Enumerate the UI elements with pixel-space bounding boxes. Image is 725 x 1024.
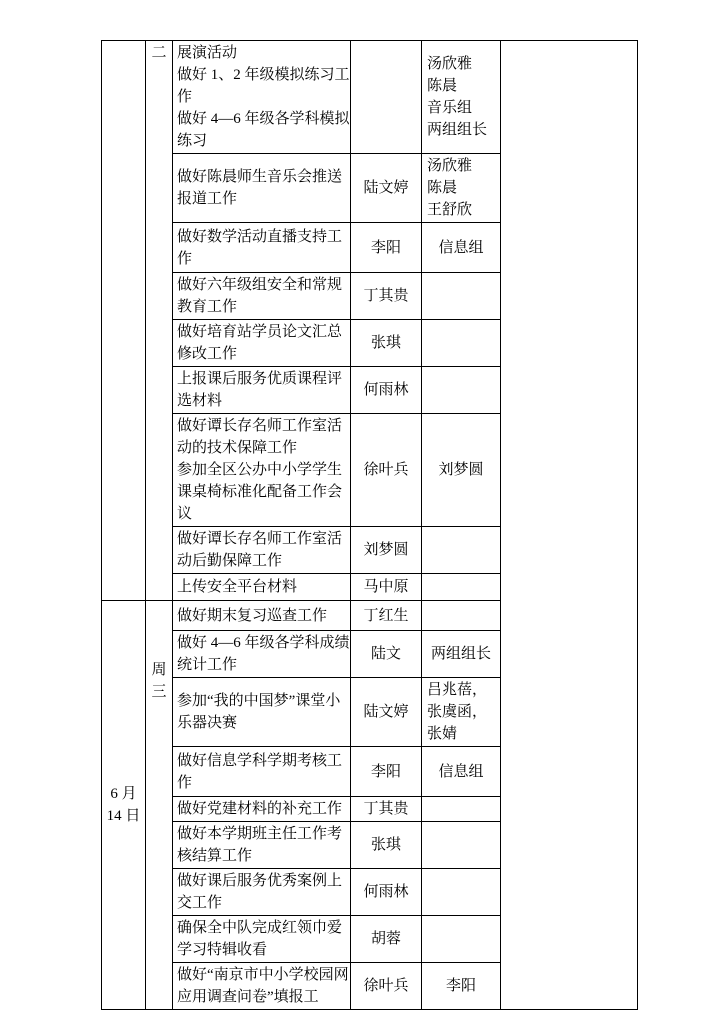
task-line: 做好本学期班主任工作考核结算工作 — [177, 823, 350, 867]
assist-cell — [422, 601, 501, 631]
person-cell: 丁其贵 — [351, 797, 422, 822]
notes-cell — [501, 41, 638, 1010]
assist-cell — [422, 367, 501, 414]
task-line: 做好“南京市中小学校园网应用调查问卷”填报工 — [177, 964, 350, 1008]
assist-cell: 信息组 — [422, 223, 501, 273]
task-line: 做好陈晨师生音乐会推送报道工作 — [177, 166, 350, 210]
assist-cell: 汤欣雅陈晨王舒欣 — [422, 154, 501, 223]
day-cell: 周三 — [146, 601, 173, 1010]
task-line: 展演活动 — [177, 42, 350, 64]
task-line: 做好谭长存名师工作室活动的技术保障工作 — [177, 415, 350, 459]
table-row: 二展演活动做好 1、2 年级模拟练习工作做好 4—6 年级各学科模拟练习汤欣雅陈… — [102, 41, 638, 154]
date-line: 6 月 — [102, 783, 145, 805]
assist-cell — [422, 822, 501, 869]
task-cell: 做好 4—6 年级各学科成绩统计工作 — [173, 631, 351, 678]
task-cell: 做好六年级组安全和常规教育工作 — [173, 273, 351, 320]
person-cell: 徐叶兵 — [351, 414, 422, 527]
person-cell: 陆文婷 — [351, 154, 422, 223]
task-line: 做好谭长存名师工作室活动后勤保障工作 — [177, 528, 350, 572]
date-cell: 6 月14 日 — [102, 601, 146, 1010]
assist-cell: 李阳 — [422, 963, 501, 1010]
task-line: 做好期末复习巡查工作 — [177, 605, 350, 627]
assist-cell: 信息组 — [422, 747, 501, 797]
assist-name: 信息组 — [422, 761, 500, 783]
task-line: 做好党建材料的补充工作 — [177, 798, 350, 820]
task-line: 做好课后服务优秀案例上交工作 — [177, 870, 350, 914]
assist-name: 陈晨 — [427, 75, 500, 97]
assist-cell — [422, 273, 501, 320]
assist-cell — [422, 869, 501, 916]
task-line: 做好培育站学员论文汇总修改工作 — [177, 321, 350, 365]
assist-cell: 刘梦圆 — [422, 414, 501, 527]
assist-name: 李阳 — [422, 975, 500, 997]
task-cell: 做好“南京市中小学校园网应用调查问卷”填报工 — [173, 963, 351, 1010]
assist-name: 两组组长 — [427, 119, 500, 141]
task-line: 做好 4—6 年级各学科成绩统计工作 — [177, 632, 350, 676]
document-page: { "page": { "background_color": "#ffffff… — [0, 0, 725, 1024]
task-line: 上传安全平台材料 — [177, 576, 350, 598]
task-line: 参加全区公办中小学学生课桌椅标准化配备工作会议 — [177, 459, 350, 525]
assist-name: 张虞函， — [427, 701, 500, 723]
person-cell: 何雨林 — [351, 869, 422, 916]
assist-cell — [422, 574, 501, 601]
assist-cell: 两组组长 — [422, 631, 501, 678]
person-cell: 李阳 — [351, 747, 422, 797]
task-line: 做好数学活动直播支持工作 — [177, 226, 350, 270]
assist-name: 吕兆蓓， — [427, 679, 500, 701]
day-cell: 二 — [146, 41, 173, 601]
person-cell: 张琪 — [351, 822, 422, 869]
person-cell: 张琪 — [351, 320, 422, 367]
task-line: 做好信息学科学期考核工作 — [177, 750, 350, 794]
person-cell: 李阳 — [351, 223, 422, 273]
person-cell: 徐叶兵 — [351, 963, 422, 1010]
assist-name: 王舒欣 — [427, 199, 500, 221]
person-cell: 刘梦圆 — [351, 527, 422, 574]
assist-name: 汤欣雅 — [427, 53, 500, 75]
assist-name: 信息组 — [422, 237, 500, 259]
task-cell: 做好本学期班主任工作考核结算工作 — [173, 822, 351, 869]
task-cell: 展演活动做好 1、2 年级模拟练习工作做好 4—6 年级各学科模拟练习 — [173, 41, 351, 154]
task-line: 上报课后服务优质课程评选材料 — [177, 368, 350, 412]
task-line: 确保全中队完成红领巾爱学习特辑收看 — [177, 917, 350, 961]
task-line: 参加“我的中国梦”课堂小乐器决赛 — [177, 690, 350, 734]
task-line: 做好六年级组安全和常规教育工作 — [177, 274, 350, 318]
person-cell: 胡蓉 — [351, 916, 422, 963]
assist-name: 音乐组 — [427, 97, 500, 119]
date-line: 14 日 — [102, 805, 145, 827]
assist-cell — [422, 916, 501, 963]
task-cell: 做好信息学科学期考核工作 — [173, 747, 351, 797]
assist-cell — [422, 527, 501, 574]
person-cell: 何雨林 — [351, 367, 422, 414]
task-cell: 做好党建材料的补充工作 — [173, 797, 351, 822]
assist-cell: 汤欣雅陈晨音乐组两组组长 — [422, 41, 501, 154]
assist-name: 刘梦圆 — [422, 459, 500, 481]
assist-name: 两组组长 — [422, 643, 500, 665]
day-char: 周 — [146, 659, 172, 681]
person-cell: 马中原 — [351, 574, 422, 601]
person-cell: 陆文婷 — [351, 678, 422, 747]
task-cell: 做好谭长存名师工作室活动后勤保障工作 — [173, 527, 351, 574]
task-cell: 参加“我的中国梦”课堂小乐器决赛 — [173, 678, 351, 747]
task-line: 做好 1、2 年级模拟练习工作 — [177, 64, 350, 108]
task-cell: 做好谭长存名师工作室活动的技术保障工作参加全区公办中小学学生课桌椅标准化配备工作… — [173, 414, 351, 527]
assist-cell — [422, 797, 501, 822]
task-cell: 做好课后服务优秀案例上交工作 — [173, 869, 351, 916]
day-char: 二 — [146, 42, 172, 64]
person-cell: 陆文 — [351, 631, 422, 678]
task-cell: 确保全中队完成红领巾爱学习特辑收看 — [173, 916, 351, 963]
task-cell: 做好数学活动直播支持工作 — [173, 223, 351, 273]
assist-name: 陈晨 — [427, 177, 500, 199]
task-cell: 做好培育站学员论文汇总修改工作 — [173, 320, 351, 367]
person-cell: 丁其贵 — [351, 273, 422, 320]
person-cell: 丁红生 — [351, 601, 422, 631]
task-cell: 做好陈晨师生音乐会推送报道工作 — [173, 154, 351, 223]
person-cell — [351, 41, 422, 154]
task-line: 做好 4—6 年级各学科模拟练习 — [177, 108, 350, 152]
task-cell: 做好期末复习巡查工作 — [173, 601, 351, 631]
schedule-table: 二展演活动做好 1、2 年级模拟练习工作做好 4—6 年级各学科模拟练习汤欣雅陈… — [101, 40, 638, 1010]
day-char: 三 — [146, 681, 172, 703]
task-cell: 上传安全平台材料 — [173, 574, 351, 601]
date-cell — [102, 41, 146, 601]
assist-cell: 吕兆蓓，张虞函，张婧 — [422, 678, 501, 747]
assist-name: 张婧 — [427, 723, 500, 745]
task-cell: 上报课后服务优质课程评选材料 — [173, 367, 351, 414]
assist-cell — [422, 320, 501, 367]
assist-name: 汤欣雅 — [427, 155, 500, 177]
